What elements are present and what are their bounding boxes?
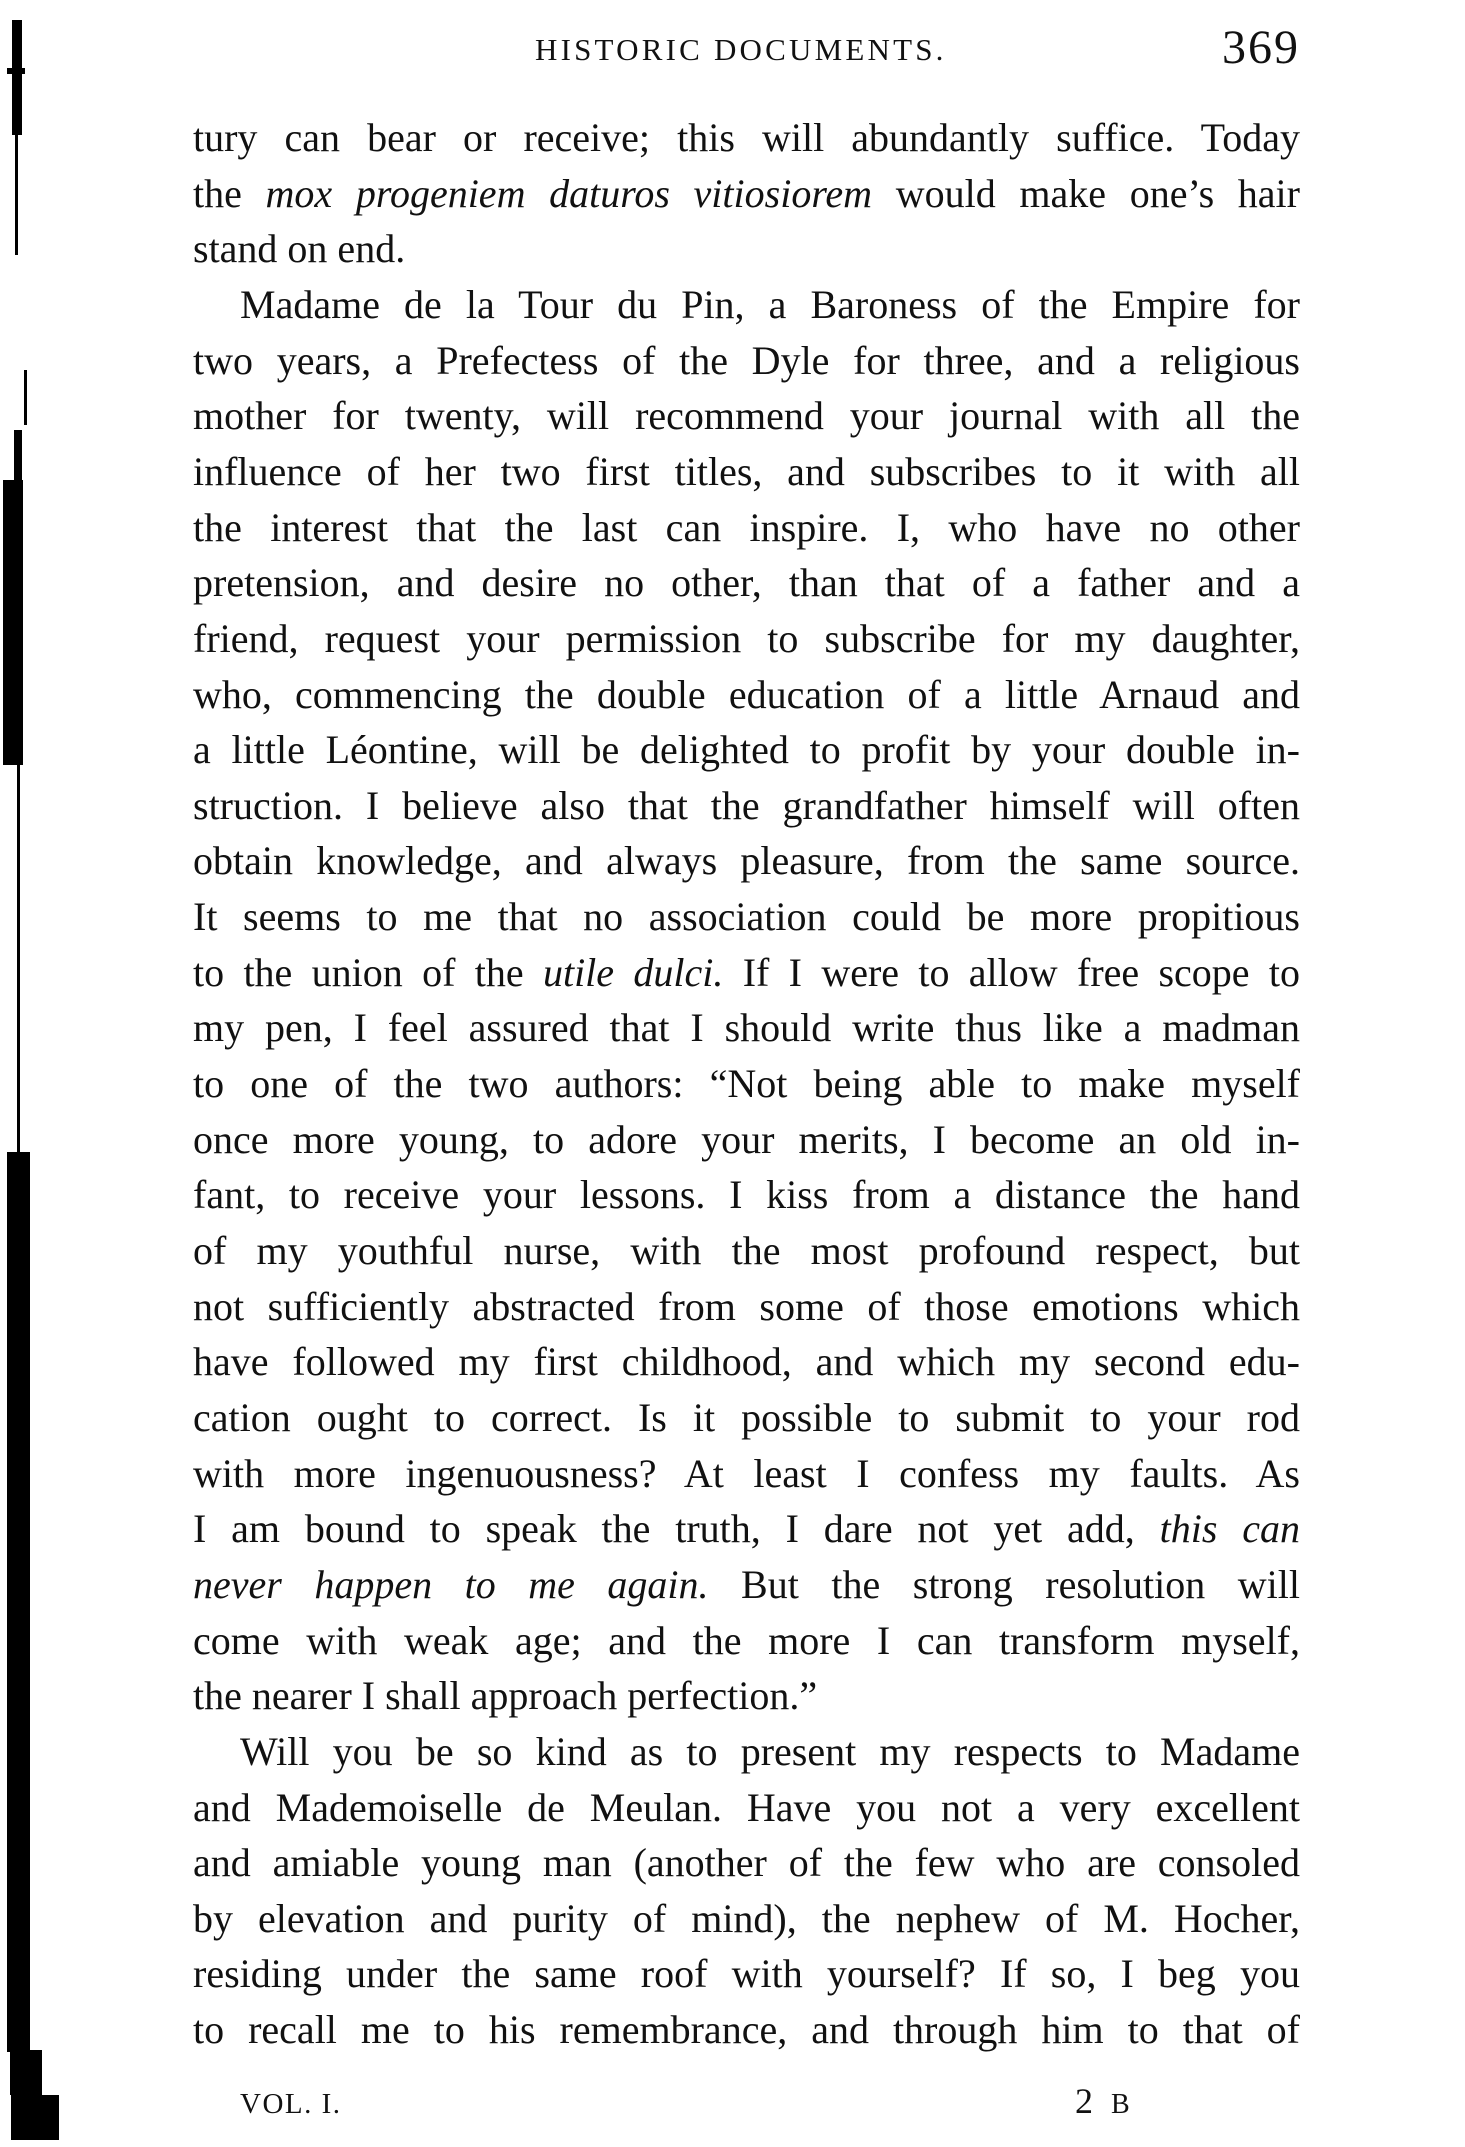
text-line: of my youthful nurse, with the most prof… bbox=[193, 1223, 1300, 1279]
text-run: pretension, and desire no other, than th… bbox=[193, 560, 1300, 605]
text-line: a little Léontine, will be delighted to … bbox=[193, 722, 1300, 778]
text-run: It seems to me that no association could… bbox=[193, 894, 1300, 939]
signature-letter: B bbox=[1111, 2089, 1130, 2120]
text-line: once more young, to adore your merits, I… bbox=[193, 1112, 1300, 1168]
binding-edge-shadow bbox=[15, 130, 18, 255]
signature-number: 2 bbox=[1075, 2081, 1093, 2121]
text-line: to one of the two authors: “Not being ab… bbox=[193, 1056, 1300, 1112]
text-line: who, commencing the double education of … bbox=[193, 667, 1300, 723]
page-number: 369 bbox=[1222, 22, 1300, 74]
text-line: Madame de la Tour du Pin, a Baroness of … bbox=[240, 277, 1300, 333]
text-run: and Mademoiselle de Meulan. Have you not… bbox=[193, 1785, 1300, 1830]
text-line: influence of her two first titles, and s… bbox=[193, 444, 1300, 500]
text-run: with more ingenuousness? At least I conf… bbox=[193, 1451, 1300, 1496]
text-run: I am bound to speak the truth, I dare no… bbox=[193, 1506, 1160, 1551]
text-run: two years, a Prefectess of the Dyle for … bbox=[193, 338, 1300, 383]
running-head-title: HISTORIC DOCUMENTS. bbox=[535, 30, 947, 70]
italic-phrase: utile dulci. bbox=[543, 950, 723, 995]
text-line: my pen, I feel assured that I should wri… bbox=[193, 1000, 1300, 1056]
text-line: never happen to me again. But the strong… bbox=[193, 1557, 1300, 1613]
running-head: HISTORIC DOCUMENTS. 369 bbox=[0, 0, 1465, 90]
text-run: by elevation and purity of mind), the ne… bbox=[193, 1896, 1300, 1941]
text-line: cation ought to correct. Is it possible … bbox=[193, 1390, 1300, 1446]
text-run: fant, to receive your lessons. I kiss fr… bbox=[193, 1172, 1300, 1217]
binding-edge-shadow bbox=[7, 1152, 30, 2052]
text-line: friend, request your permission to subsc… bbox=[193, 611, 1300, 667]
text-run: come with weak age; and the more I can t… bbox=[193, 1618, 1300, 1663]
text-run: struction. I believe also that the grand… bbox=[193, 783, 1300, 828]
text-line: pretension, and desire no other, than th… bbox=[193, 555, 1300, 611]
text-line: the mox progeniem daturos vitiosiorem wo… bbox=[193, 166, 1300, 222]
binding-edge-shadow bbox=[14, 430, 22, 480]
text-line: the nearer I shall approach perfection.” bbox=[193, 1668, 1300, 1724]
text-run: not sufficiently abstracted from some of… bbox=[193, 1284, 1300, 1329]
page-footer: VOL. I. 2B bbox=[0, 2080, 1465, 2130]
text-run: influence of her two first titles, and s… bbox=[193, 449, 1300, 494]
text-run: stand on end. bbox=[193, 226, 405, 271]
text-run: who, commencing the double education of … bbox=[193, 672, 1300, 717]
text-run: the bbox=[193, 171, 266, 216]
text-run: Will you be so kind as to present my res… bbox=[240, 1729, 1300, 1774]
text-line: stand on end. bbox=[193, 221, 1300, 277]
text-run: my pen, I feel assured that I should wri… bbox=[193, 1005, 1300, 1050]
text-run: mother for twenty, will recommend your j… bbox=[193, 393, 1300, 438]
text-run: residing under the same roof with yourse… bbox=[193, 1951, 1300, 1996]
text-run: to one of the two authors: “Not being ab… bbox=[193, 1061, 1300, 1106]
text-line: obtain knowledge, and always pleasure, f… bbox=[193, 833, 1300, 889]
text-run: cation ought to correct. Is it possible … bbox=[193, 1395, 1300, 1440]
volume-label: VOL. I. bbox=[240, 2086, 342, 2122]
text-run: once more young, to adore your merits, I… bbox=[193, 1117, 1300, 1162]
text-run: of my youthful nurse, with the most prof… bbox=[193, 1228, 1300, 1273]
text-line: fant, to receive your lessons. I kiss fr… bbox=[193, 1167, 1300, 1223]
text-line: and Mademoiselle de Meulan. Have you not… bbox=[193, 1780, 1300, 1836]
text-run: to the union of the bbox=[193, 950, 543, 995]
book-page: HISTORIC DOCUMENTS. 369 tury can bear or… bbox=[0, 0, 1465, 2147]
text-line: to recall me to his remembrance, and thr… bbox=[193, 2002, 1300, 2058]
text-run: to recall me to his remembrance, and thr… bbox=[193, 2007, 1300, 2052]
text-run: and amiable young man (another of the fe… bbox=[193, 1840, 1300, 1885]
text-run: a little Léontine, will be delighted to … bbox=[193, 727, 1300, 772]
text-line: struction. I believe also that the grand… bbox=[193, 778, 1300, 834]
italic-phrase: mox progeniem daturos vitiosiorem bbox=[266, 171, 873, 216]
text-run: If I were to allow free scope to bbox=[723, 950, 1300, 995]
text-run: the nearer I shall approach perfection.” bbox=[193, 1673, 817, 1718]
text-line: come with weak age; and the more I can t… bbox=[193, 1613, 1300, 1669]
text-line: residing under the same roof with yourse… bbox=[193, 1946, 1300, 2002]
text-run: tury can bear or receive; this will abun… bbox=[193, 115, 1300, 160]
text-run: have followed my first childhood, and wh… bbox=[193, 1339, 1300, 1384]
text-line: I am bound to speak the truth, I dare no… bbox=[193, 1501, 1300, 1557]
text-line: not sufficiently abstracted from some of… bbox=[193, 1279, 1300, 1335]
text-line: the interest that the last can inspire. … bbox=[193, 500, 1300, 556]
text-line: and amiable young man (another of the fe… bbox=[193, 1835, 1300, 1891]
text-run: the interest that the last can inspire. … bbox=[193, 505, 1300, 550]
text-run: friend, request your permission to subsc… bbox=[193, 616, 1300, 661]
text-line: mother for twenty, will recommend your j… bbox=[193, 388, 1300, 444]
text-line: two years, a Prefectess of the Dyle for … bbox=[193, 333, 1300, 389]
text-run: Madame de la Tour du Pin, a Baroness of … bbox=[240, 282, 1300, 327]
text-line: tury can bear or receive; this will abun… bbox=[193, 110, 1300, 166]
binding-edge-shadow bbox=[3, 480, 23, 765]
text-line: by elevation and purity of mind), the ne… bbox=[193, 1891, 1300, 1947]
text-run: would make one’s hair bbox=[872, 171, 1300, 216]
text-line: to the union of the utile dulci. If I we… bbox=[193, 945, 1300, 1001]
italic-phrase: never happen to me again. bbox=[193, 1562, 709, 1607]
text-line: Will you be so kind as to present my res… bbox=[240, 1724, 1300, 1780]
text-line: It seems to me that no association could… bbox=[193, 889, 1300, 945]
binding-edge-shadow bbox=[24, 370, 27, 425]
binding-edge-shadow bbox=[17, 765, 20, 1155]
text-run: But the strong resolution will bbox=[709, 1562, 1300, 1607]
text-line: have followed my first childhood, and wh… bbox=[193, 1334, 1300, 1390]
text-line: with more ingenuousness? At least I conf… bbox=[193, 1446, 1300, 1502]
italic-phrase: this can bbox=[1160, 1506, 1300, 1551]
signature-mark: 2B bbox=[1075, 2080, 1130, 2126]
text-run: obtain knowledge, and always pleasure, f… bbox=[193, 838, 1300, 883]
